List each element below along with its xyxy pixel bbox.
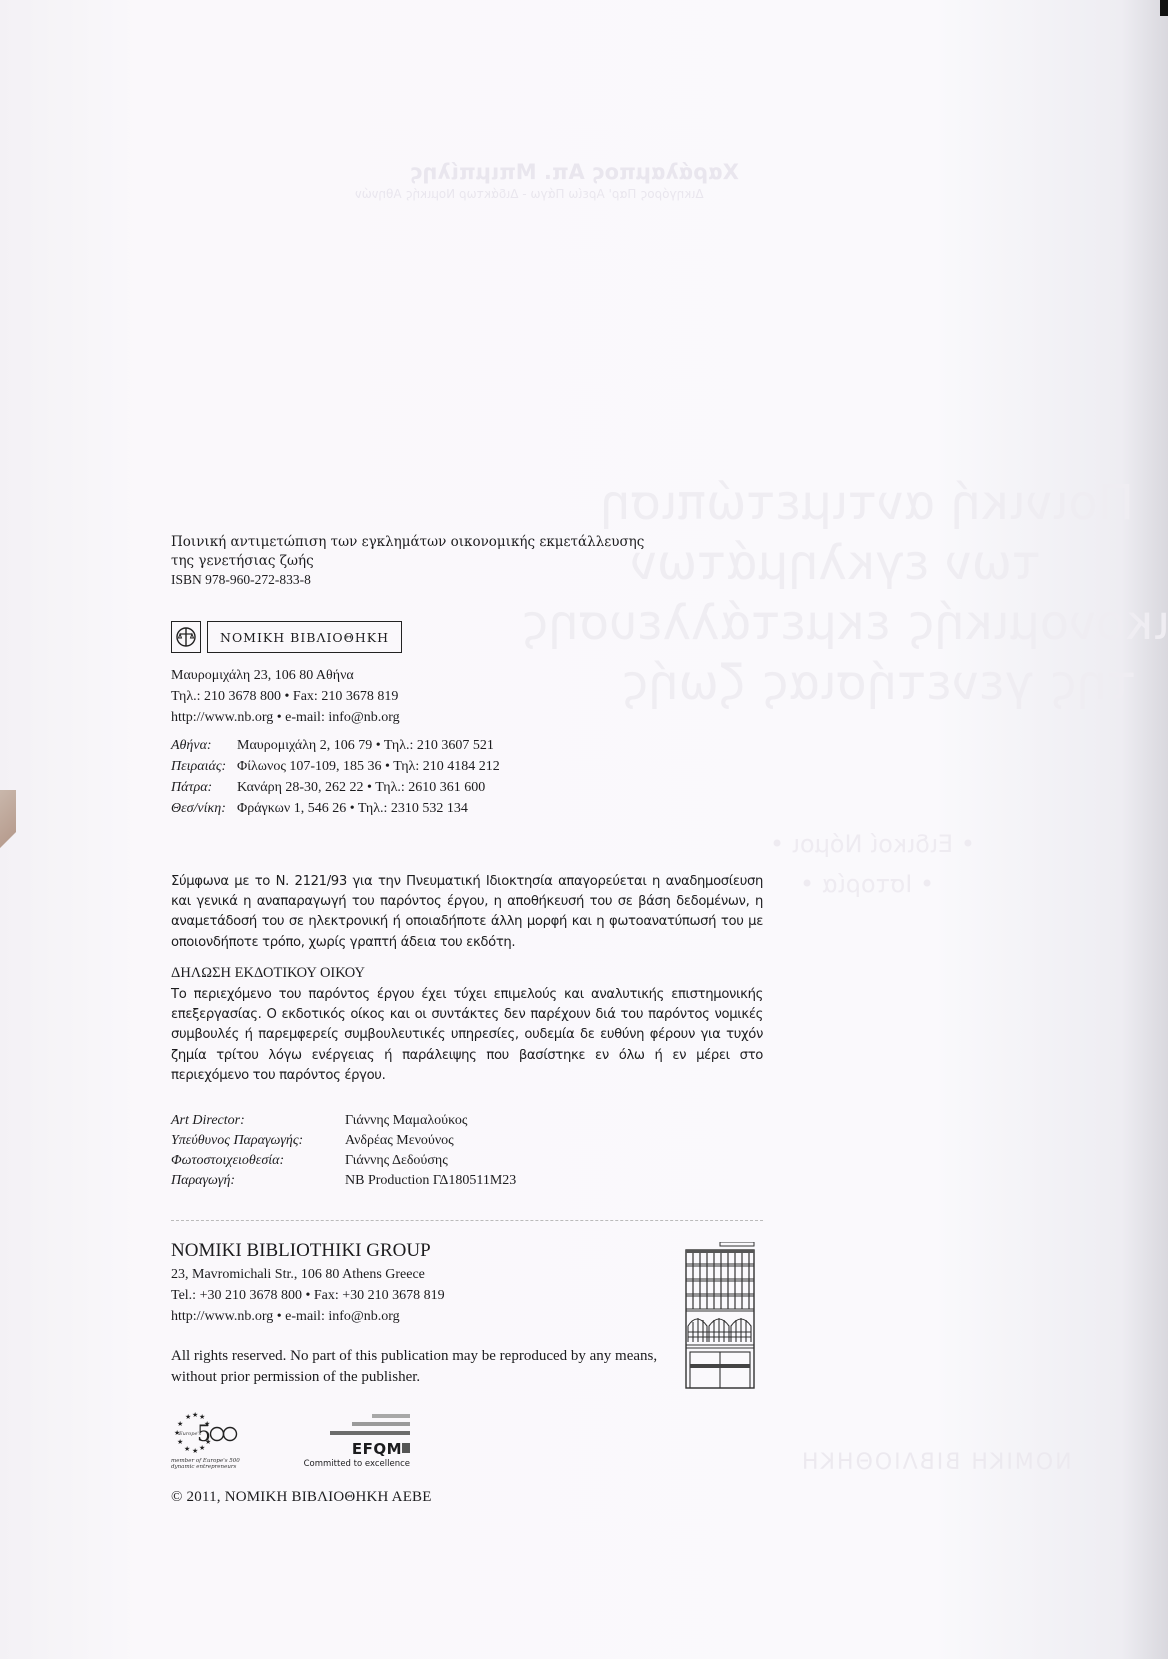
- branch-city: Θεσ/νίκη:: [171, 798, 237, 819]
- phone-fax-line: Τηλ.: 210 3678 800 • Fax: 210 3678 819: [171, 686, 400, 707]
- rights-reserved-notice: All rights reserved. No part of this pub…: [171, 1346, 691, 1388]
- credit-row: Φωτοστοιχειοθεσία: Γιάννης Δεδούσης: [171, 1151, 516, 1171]
- efqm-caption: Committed to excellence: [304, 1459, 410, 1469]
- svg-text:★: ★: [185, 1413, 191, 1421]
- svg-text:★: ★: [184, 1445, 190, 1453]
- branch-city: Πειραιάς:: [171, 756, 237, 777]
- credit-role: Φωτοστοιχειοθεσία:: [171, 1151, 345, 1171]
- credit-name: Ανδρέας Μενούνος: [345, 1131, 454, 1151]
- credit-row: Art Director: Γιάννης Μαμαλούκος: [171, 1111, 516, 1131]
- page-fold-edge: [0, 790, 16, 870]
- section-divider: [171, 1220, 763, 1221]
- declaration-body: Το περιεχόμενο του παρόντος έργου έχει τ…: [171, 985, 763, 1086]
- efqm-badge: EFQM Committed to excellence: [300, 1410, 410, 1470]
- publisher-address: Μαυρομιχάλη 23, 106 80 Αθήνα Τηλ.: 210 3…: [171, 665, 400, 728]
- group-phone-fax-line: Tel.: +30 210 3678 800 • Fax: +30 210 36…: [171, 1285, 445, 1306]
- book-title-line: Ποινική αντιμετώπιση των εγκλημάτων οικο…: [171, 533, 771, 552]
- publisher-name: ΝΟΜΙΚΗ ΒΙΒΛΙΟΘΗΚΗ: [207, 621, 402, 653]
- branch-details: Μαυρομιχάλη 2, 106 79 • Τηλ.: 210 3607 5…: [237, 735, 494, 756]
- branch-row: Πάτρα: Κανάρη 28-30, 262 22 • Τηλ.: 2610…: [171, 777, 500, 798]
- credit-name: NB Production ΓΔ180511M23: [345, 1171, 516, 1191]
- isbn: ISBN 978-960-272-833-8: [171, 572, 311, 588]
- branch-details: Φράγκων 1, 546 26 • Τηλ.: 2310 532 134: [237, 798, 468, 819]
- address-line: Μαυρομιχάλη 23, 106 80 Αθήνα: [171, 665, 400, 686]
- book-title-line: της γενετήσιας ζωής: [171, 552, 771, 571]
- web-email-line: http://www.nb.org • e-mail: info@nb.org: [171, 707, 400, 728]
- group-web-email-line: http://www.nb.org • e-mail: info@nb.org: [171, 1306, 445, 1327]
- branch-city: Αθήνα:: [171, 735, 237, 756]
- credit-name: Γιάννης Μαμαλούκος: [345, 1111, 467, 1131]
- credit-row: Παραγωγή: NB Production ΓΔ180511M23: [171, 1171, 516, 1191]
- branch-row: Αθήνα: Μαυρομιχάλη 2, 106 79 • Τηλ.: 210…: [171, 735, 500, 756]
- credit-role: Υπεύθυνος Παραγωγής:: [171, 1131, 345, 1151]
- branch-details: Κανάρη 28-30, 262 22 • Τηλ.: 2610 361 60…: [237, 777, 485, 798]
- copyright-line: © 2011, ΝΟΜΙΚΗ ΒΙΒΛΙΟΘΗΚΗ ΑΕΒΕ: [171, 1489, 432, 1506]
- page-background: [0, 0, 1168, 1659]
- branch-row: Πειραιάς: Φίλωνος 107-109, 185 36 • Τηλ:…: [171, 756, 500, 777]
- svg-text:★: ★: [192, 1412, 198, 1419]
- svg-text:★: ★: [192, 1447, 198, 1455]
- svg-text:★: ★: [177, 1438, 183, 1446]
- scales-of-justice-icon: [171, 621, 201, 653]
- group-address: 23, Mavromichali Str., 106 80 Athens Gre…: [171, 1264, 445, 1327]
- credit-role: Art Director:: [171, 1111, 345, 1131]
- efqm-wordmark: EFQM: [352, 1440, 402, 1458]
- credit-name: Γιάννης Δεδούσης: [345, 1151, 448, 1171]
- scan-corner-mark: [1160, 0, 1168, 16]
- branch-details: Φίλωνος 107-109, 185 36 • Τηλ: 210 4184 …: [237, 756, 500, 777]
- copyright-law-notice: Σύμφωνα με το Ν. 2121/93 για την Πνευματ…: [171, 872, 763, 953]
- group-name: NOMIKI BIBLIOTHIKI GROUP: [171, 1240, 431, 1262]
- svg-text:★: ★: [177, 1420, 183, 1428]
- branch-row: Θεσ/νίκη: Φράγκων 1, 546 26 • Τηλ.: 2310…: [171, 798, 500, 819]
- credit-row: Υπεύθυνος Παραγωγής: Ανδρέας Μενούνος: [171, 1131, 516, 1151]
- publisher-logo: ΝΟΜΙΚΗ ΒΙΒΛΙΟΘΗΚΗ: [171, 621, 402, 653]
- book-title: Ποινική αντιμετώπιση των εγκλημάτων οικο…: [171, 533, 771, 571]
- branch-list: Αθήνα: Μαυρομιχάλη 2, 106 79 • Τηλ.: 210…: [171, 735, 500, 819]
- branch-city: Πάτρα:: [171, 777, 237, 798]
- europe-500-caption: member of Europe's 500 dynamic entrepren…: [171, 1458, 241, 1470]
- efqm-square-icon: [402, 1443, 410, 1453]
- building-facade-icon: [684, 1242, 756, 1390]
- production-credits: Art Director: Γιάννης Μαμαλούκος Υπεύθυν…: [171, 1111, 516, 1191]
- group-address-line: 23, Mavromichali Str., 106 80 Athens Gre…: [171, 1264, 445, 1285]
- credit-role: Παραγωγή:: [171, 1171, 345, 1191]
- svg-text:5: 5: [197, 1422, 211, 1447]
- declaration-heading: ΔΗΛΩΣΗ ΕΚΔΟΤΙΚΟΥ ΟΙΚΟΥ: [171, 965, 365, 982]
